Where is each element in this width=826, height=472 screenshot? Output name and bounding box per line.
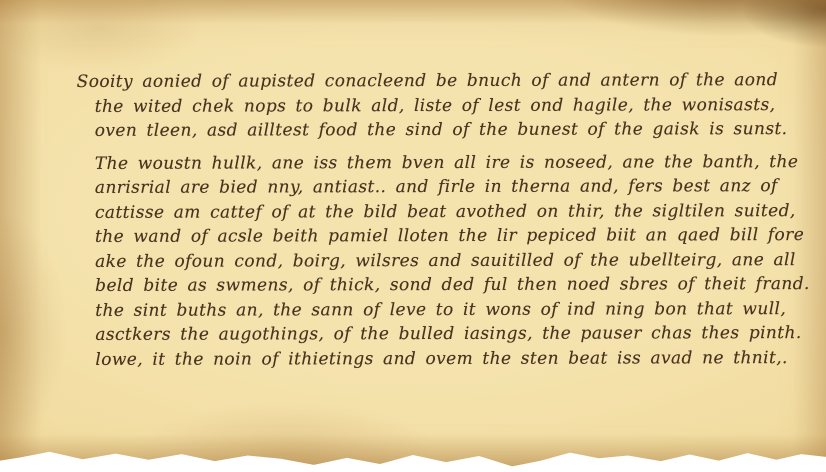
handwriting-line: asctkers the augothings, of the bulled i… <box>95 321 775 347</box>
handwriting-line: the sint buths an, the sann of leve to i… <box>95 297 775 323</box>
handwriting-line: lowe, it the noin of ithietings and ovem… <box>95 346 775 372</box>
handwriting-line: Sooity aonied of aupisted conacleend be … <box>77 68 775 94</box>
handwriting-block: Sooity aonied of aupisted conacleend be … <box>95 68 776 372</box>
handwriting-line: the wand of acsle beith pamiel lloten th… <box>95 223 775 249</box>
handwriting-line: cattisse am cattef of at the bild beat a… <box>95 199 775 225</box>
paragraph-1: Sooity aonied of aupisted conacleend be … <box>95 68 775 143</box>
handwriting-line: oven tleen, asd ailltest food the sind o… <box>95 117 775 143</box>
paragraph-2: The woustn hullk, ane iss them bven all … <box>95 150 776 372</box>
handwriting-line: anrisrial are bied nny, antiast.. and fi… <box>95 174 775 200</box>
handwriting-line: ake the ofoun cond, boirg, wilsres and s… <box>95 248 775 274</box>
handwriting-line: The woustn hullk, ane iss them bven all … <box>95 150 775 176</box>
handwriting-line: beld bite as swmens, of thick, sond ded … <box>95 272 775 298</box>
handwriting-line: the wited chek nops to bulk ald, liste o… <box>95 93 775 119</box>
